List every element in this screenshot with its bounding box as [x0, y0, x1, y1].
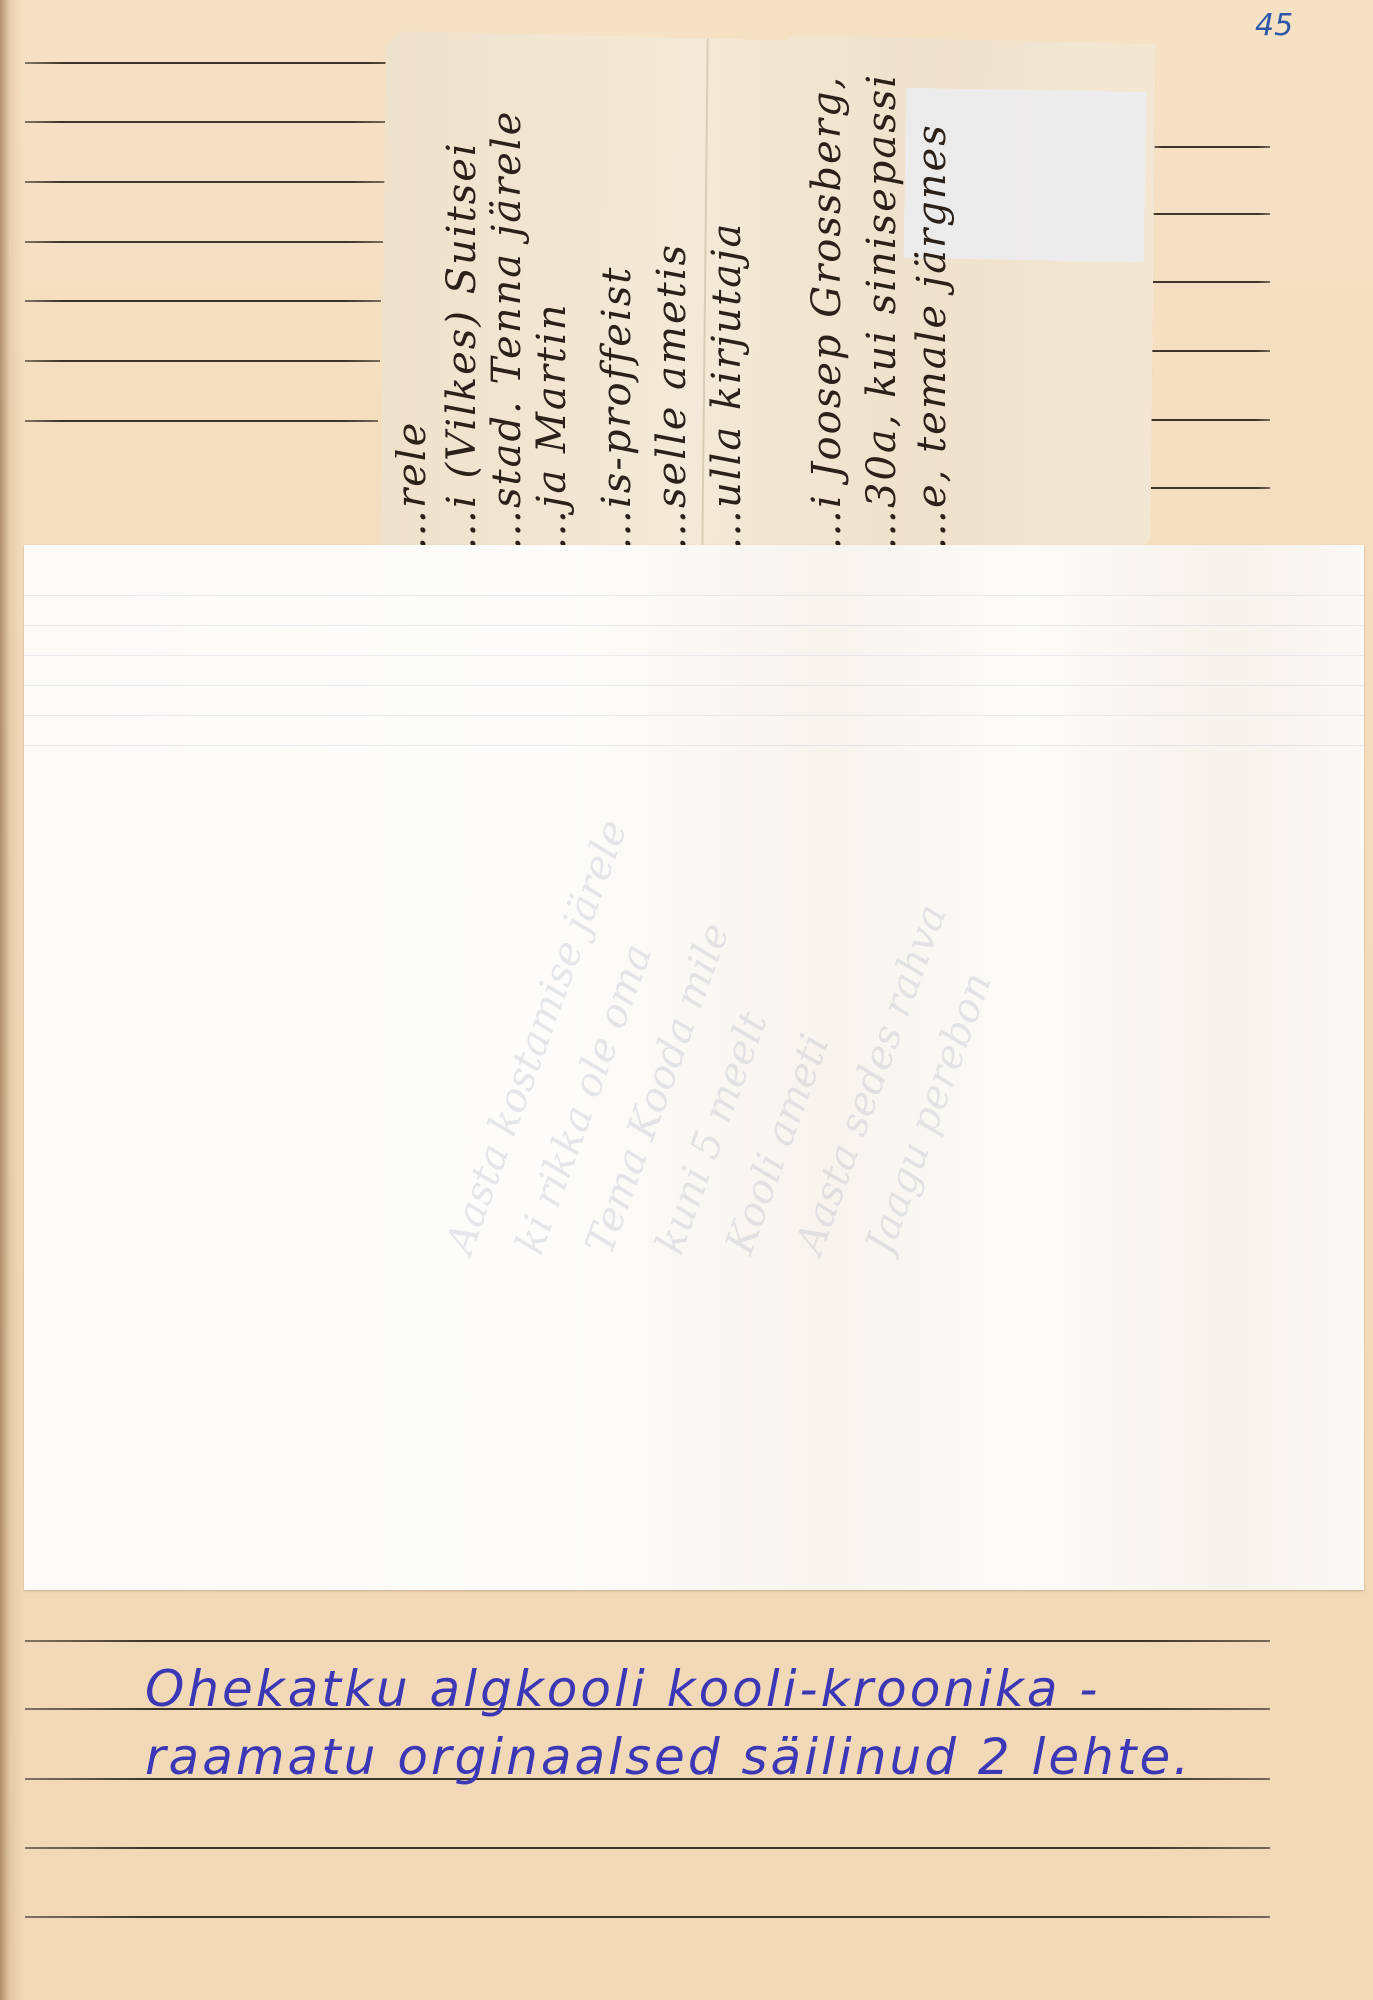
letter-line: …i (Vilkes) Suitsei: [439, 141, 485, 550]
ruled-line: [25, 1916, 1270, 1918]
letter-line: …ulla kirjutaja: [704, 222, 750, 550]
ruled-line: [25, 300, 381, 302]
handwritten-note-line-2: raamatu orginaalsed säilinud 2 lehte.: [145, 1728, 1192, 1786]
show-through-handwriting: Aasta kostamise järele ki rikka ole oma …: [420, 560, 1020, 1260]
ruled-line: [25, 181, 385, 183]
ruled-line: [1135, 350, 1270, 352]
handwritten-note-line-1: Ohekatku algkooli kooli-kroonika -: [145, 1660, 1100, 1718]
letter-line: …e, temale järgnes: [909, 123, 955, 550]
letter-line: …rele: [395, 421, 435, 550]
letter-line: …stad. Tenna järele: [484, 110, 530, 550]
page-number: 45: [1255, 8, 1293, 43]
ruled-line: [1145, 213, 1270, 215]
ruled-line: [25, 241, 383, 243]
letter-handwriting: …rele …i (Vilkes) Suitsei …stad. Tenna j…: [395, 60, 1135, 550]
ruled-line: [1132, 419, 1270, 421]
ruled-line: [25, 1847, 1270, 1849]
ruled-line: [1140, 281, 1270, 283]
letter-line: …i Joosep Grossberg,: [804, 75, 850, 550]
ruled-line: [25, 121, 387, 123]
letter-line: …is-proffeist: [594, 266, 640, 550]
letter-line: …selle ametis: [649, 243, 695, 550]
letter-line: …ja Martin: [529, 302, 575, 550]
ruled-line: [1150, 146, 1270, 148]
ruled-line: [25, 1640, 1270, 1642]
letter-line: …30a, kui sinisepassi: [859, 73, 905, 550]
ruled-line: [25, 62, 407, 64]
ruled-line: [25, 420, 378, 422]
ruled-line: [25, 360, 380, 362]
